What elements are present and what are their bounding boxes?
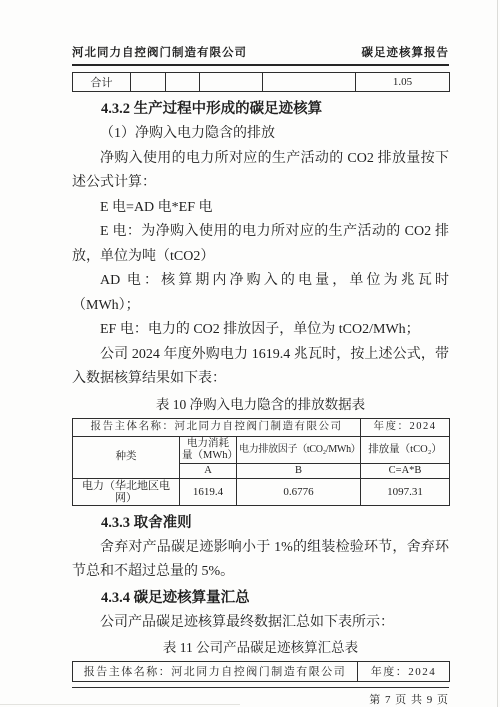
- page-content: 河北同力自控阀门制造有限公司 碳足迹核算报告 合计 1.05 4.3.2 生产过…: [72, 44, 449, 707]
- table10-electricity-emission: 报告主体名称：河北同力自控阀门制造有限公司 年度：2024 种类 电力消耗量（M…: [72, 418, 450, 506]
- definition-ef: EF 电：电力的 CO2 排放因子，单位为 tCO2/MWh；: [72, 318, 449, 343]
- document-page: 河北同力自控阀门制造有限公司 碳足迹核算报告 合计 1.05 4.3.2 生产过…: [0, 0, 500, 707]
- table11-caption: 表 11 公司产品碳足迹核算汇总表: [72, 637, 449, 659]
- summary-total-value-cell: 1.05: [356, 73, 450, 92]
- table10-col-emission: 排放量（tCO₂）: [361, 436, 450, 463]
- table10-caption: 表 10 净购入电力隐含的排放数据表: [72, 394, 449, 416]
- subheading-net-purchased-electricity: （1）净购入电力隐含的排放: [72, 122, 449, 147]
- table10-formula-b: B: [237, 463, 361, 478]
- table10-col-factor: 电力排放因子（tCO₂/MWh）: [237, 436, 361, 463]
- summary-empty-cell: [166, 73, 200, 92]
- summary-total-row: 合计 1.05: [73, 73, 450, 92]
- table11-subject-row: 报告主体名称：河北同力自控阀门制造有限公司 年度：2024: [73, 662, 450, 682]
- header-company-name: 河北同力自控阀门制造有限公司: [72, 44, 247, 60]
- table10-formula-c: C=A*B: [361, 463, 450, 478]
- table10-row-factor: 0.6776: [237, 478, 361, 505]
- page-number: 第 7 页 共 9 页: [369, 694, 449, 706]
- summary-continuation-table: 合计 1.05: [72, 72, 450, 92]
- table10-formula-a: A: [180, 463, 237, 478]
- table11-summary: 报告主体名称：河北同力自控阀门制造有限公司 年度：2024: [72, 661, 450, 682]
- table10-col-type: 种类: [73, 436, 180, 478]
- summary-total-label-cell: 合计: [73, 73, 131, 92]
- paragraph-formula-intro: 净购入使用的电力所对应的生产活动的 CO2 排放量按下述公式计算：: [72, 147, 449, 196]
- table11-subject-cell: 报告主体名称：河北同力自控阀门制造有限公司: [73, 662, 358, 682]
- paragraph-calculation-result: 公司 2024 年度外购电力 1619.4 兆瓦时，按上述公式，带入数据核算结果…: [72, 343, 449, 392]
- paragraph-summary-intro: 公司产品碳足迹核算最终数据汇总如下表所示：: [72, 611, 449, 636]
- section-heading-4-3-3: 4.3.3 取舍准则: [72, 512, 449, 534]
- section-heading-4-3-2: 4.3.2 生产过程中形成的碳足迹核算: [72, 98, 449, 120]
- definition-ad: AD 电：核算期内净购入的电量，单位为兆瓦时（MWh）；: [72, 269, 449, 318]
- table10-year-cell: 年度：2024: [361, 418, 450, 436]
- table10-subject-cell: 报告主体名称：河北同力自控阀门制造有限公司: [73, 418, 361, 436]
- page-header: 河北同力自控阀门制造有限公司 碳足迹核算报告: [72, 44, 449, 66]
- header-report-title: 碳足迹核算报告: [362, 44, 450, 60]
- section-heading-4-3-4: 4.3.4 碳足迹核算量汇总: [72, 587, 449, 609]
- formula-line: E 电=AD 电*EF 电: [72, 196, 449, 221]
- table10-row-emission: 1097.31: [361, 478, 450, 505]
- table10-col-consumption: 电力消耗量（MWh）: [180, 436, 237, 463]
- scan-edge-right-artifact: [497, 0, 498, 707]
- summary-empty-cell: [263, 73, 356, 92]
- table10-subject-row: 报告主体名称：河北同力自控阀门制造有限公司 年度：2024: [73, 418, 450, 436]
- summary-empty-cell: [200, 73, 263, 92]
- table11-year-cell: 年度：2024: [358, 662, 450, 682]
- table10-data-row: 电力（华北地区电网） 1619.4 0.6776 1097.31: [73, 478, 450, 505]
- table10-row-consumption: 1619.4: [180, 478, 237, 505]
- summary-empty-cell: [131, 73, 166, 92]
- table10-row-type: 电力（华北地区电网）: [73, 478, 180, 505]
- definition-e: E 电：为净购入使用的电力所对应的生产活动的 CO2 排放，单位为吨（tCO2）: [72, 220, 449, 269]
- table10-header-row: 种类 电力消耗量（MWh） 电力排放因子（tCO₂/MWh） 排放量（tCO₂）: [73, 436, 450, 463]
- scan-edge-bottom-artifact: [0, 704, 240, 705]
- paragraph-cutoff-rule: 舍弃对产品碳足迹影响小于 1%的组装检验环节，舍弃环节总和不超过总量的 5%。: [72, 536, 449, 585]
